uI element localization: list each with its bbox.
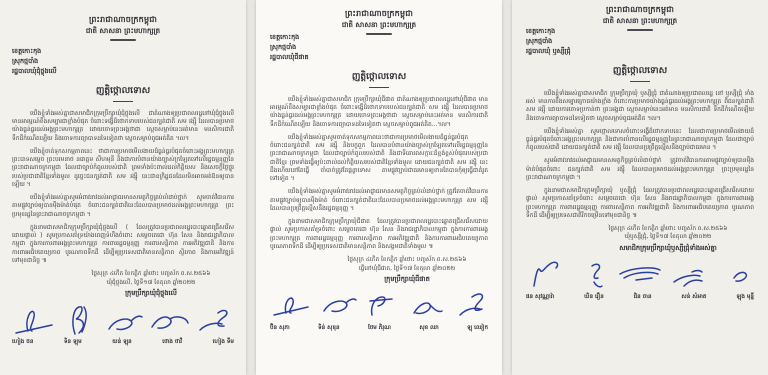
- address-district: ស្រុកថ្មបាំង: [270, 43, 488, 53]
- address-commune: រដ្ឋបាលឃុំជុំថ្លុងលើ: [12, 67, 234, 77]
- signature-scribble-icon: [12, 303, 56, 337]
- document-title: ញត្តិថ្កោលទោស: [12, 85, 234, 98]
- kingdom-motto-line1: ព្រះរាជាណាចក្រកម្ពុជា: [526, 4, 754, 16]
- petition-body: យើងខ្ញុំទាំងអស់គ្នាជាសមាជិក ក្រុមប្រឹក្ស…: [526, 90, 754, 221]
- header-divider: [110, 39, 136, 41]
- petition-body: យើងខ្ញុំទាំងអស់គ្នាជាសមាជិក ក្រុមប្រឹក្ស…: [270, 96, 488, 252]
- kingdom-motto-line1: ព្រះរាជាណាចក្រកម្ពុជា: [12, 14, 234, 26]
- petition-page-2[interactable]: ព្រះរាជាណាចក្រកម្ពុជា ជាតិ សាសនា ព្រះមហា…: [256, 0, 502, 375]
- paragraph: សូមអំពាវនាវដល់អាជ្ញាធរមានសមត្ថកិច្ចគ្រប់…: [526, 157, 754, 182]
- signature-scribble-icon: [314, 289, 358, 323]
- signature-scribble-icon: [446, 289, 490, 323]
- signature-row: [270, 287, 488, 323]
- signatory-name: ជិន ចាន: [634, 293, 652, 301]
- signatory-name: ផន សុវណ្ណារ៉ា: [526, 293, 554, 301]
- paragraph: យើងខ្ញុំទាំងអស់គ្នាជាសមាជិក ក្រុមប្រឹក្ស…: [270, 96, 488, 130]
- signatory-name: ថោង ថាវី: [162, 338, 182, 346]
- lunar-date-line: ថ្ងៃសុក្រ ៤កើត ខែកត្តិក ឆ្នាំថោះ បញ្ចស័ក…: [68, 270, 234, 279]
- document-viewer: ព្រះរាជាណាចក្រកម្ពុជា ជាតិ សាសនា ព្រះមហា…: [0, 0, 768, 375]
- sender-address-block: ខេត្តកោះកុង ស្រុកថ្មបាំង រដ្ឋបាលឃុំជីផាត: [270, 33, 488, 63]
- address-commune: រដ្ឋបាលឃុំជីផាត: [270, 53, 488, 63]
- signature-scribble-icon: [101, 303, 145, 337]
- signature-scribble-icon: [402, 289, 446, 323]
- signature-scribble-icon: [618, 258, 662, 292]
- paragraph: យើងខ្ញុំទាំងអស់គ្នាសូមអំពាវនាវដល់អាជ្ញាធ…: [270, 188, 488, 213]
- signature-scribble-icon: [358, 289, 402, 323]
- date-block: ថ្ងៃសុក្រ ៤កើត ខែកត្តិក ឆ្នាំថោះ បញ្ចស័ក…: [12, 270, 234, 287]
- paragraph: ក្នុងនាមជាសមាជិកក្រុមប្រឹក្សាឃុំ ឫស្សីជ្…: [526, 187, 754, 221]
- kingdom-header: ព្រះរាជាណាចក្រកម្ពុជា ជាតិ សាសនា ព្រះមហា…: [270, 8, 488, 35]
- signatory-name: សន់ សំអាត: [681, 293, 706, 301]
- lunar-date-line: ថ្ងៃសុក្រ ៤កើត ខែកត្តិក ឆ្នាំថោះ បញ្ចស័ក…: [326, 256, 488, 265]
- title-divider: [630, 81, 650, 82]
- sender-address-block: ខេត្តកោះកុង ស្រុកថ្មបាំង រដ្ឋបាលឃុំជុំថ្…: [12, 47, 234, 77]
- signatory-name: ទិន ឡុម: [64, 338, 82, 346]
- signatory-name: ប៊ិន សុភា: [270, 324, 290, 332]
- signatory-name: ថែម ភិរុណ: [368, 324, 391, 332]
- signatory-name: យន់ ឡុន: [112, 338, 131, 346]
- sender-address-block: ខេត្តកោះកុង ស្រុកថ្មបាំង រដ្ឋបាលឃុំ ឫស្ស…: [526, 27, 754, 57]
- signature-scribble-icon: [572, 258, 616, 292]
- signatory-name: ឡុង មុន្នី: [736, 293, 754, 301]
- signatory-name: សុខ ឈា: [419, 324, 438, 332]
- title-divider: [113, 101, 133, 102]
- civil-date-line: ឃុំឫស្សីជ្រុំ, ថ្ងៃទី១៧ ខែតុលា ឆ្នាំ២០២២: [582, 233, 754, 242]
- address-province: ខេត្តកោះកុង: [12, 47, 234, 57]
- civil-date-line: ឃុំជុំថ្លុងលើ, ថ្ងៃទី១៧ ខែតុលា ឆ្នាំ២០២២: [68, 279, 234, 288]
- signing-body-title: ក្រុមប្រឹក្សាឃុំជុំថ្លុងលើ: [12, 289, 234, 299]
- date-block: ថ្ងៃសុក្រ ៤កើត ខែកត្តិក ឆ្នាំថោះ បញ្ចស័ក…: [270, 256, 488, 273]
- signatory-names: ហៀង ថន ទិន ឡុម យន់ ឡុន ថោង ថាវី ហៀង ទីម: [12, 338, 234, 346]
- address-province: ខេត្តកោះកុង: [270, 33, 488, 43]
- signature-scribble-icon: [526, 258, 570, 292]
- paragraph: យើងខ្ញុំទាំងអស់គ្នា សូមថ្កោលទោសចំពោះទង្វ…: [526, 128, 754, 153]
- kingdom-motto-line1: ព្រះរាជាណាចក្រកម្ពុជា: [270, 8, 488, 20]
- signatory-name: ហៀង ថន: [12, 338, 33, 346]
- signature-scribble-icon: [270, 289, 314, 323]
- petition-body: យើងខ្ញុំទាំងអស់គ្នាជាសមាជិកក្រុមប្រឹក្សា…: [12, 110, 234, 266]
- kingdom-motto-line2: ជាតិ សាសនា ព្រះមហាក្សត្រ: [526, 16, 754, 26]
- paragraph: យើងខ្ញុំទាំងអស់គ្នាជាសមាជិក ក្រុមប្រឹក្ស…: [526, 90, 754, 124]
- address-district: ស្រុកថ្មបាំង: [12, 57, 234, 67]
- date-block: ថ្ងៃសុក្រ ៤កើត ខែកត្តិក ឆ្នាំថោះ បញ្ចស័ក…: [526, 225, 754, 242]
- kingdom-header: ព្រះរាជាណាចក្រកម្ពុជា ជាតិ សាសនា ព្រះមហា…: [12, 14, 234, 41]
- signatory-names: ប៊ិន សុភា ទិន់ សុខុន ថែម ភិរុណ សុខ ឈា ឡុ…: [270, 324, 488, 332]
- signatory-name: ហៀង ទីម: [213, 338, 234, 346]
- signature-scribble-icon: [710, 258, 754, 292]
- signing-body-title: ក្រុមប្រឹក្សាឃុំជីផាត: [270, 275, 488, 285]
- paragraph: យើងខ្ញុំចាត់ទុកសកម្មភាពនេះ ថាជាការប្រមាថ…: [12, 148, 234, 190]
- address-commune: រដ្ឋបាលឃុំ ឫស្សីជ្រុំ: [526, 47, 754, 57]
- signature-scribble-icon: [146, 303, 190, 337]
- signature-scribble-icon: [190, 303, 234, 337]
- paragraph: យើងខ្ញុំទាំងអស់គ្នាសូមអំពាវនាវដល់អាជ្ញាធ…: [12, 194, 234, 219]
- signature-row: [526, 256, 754, 292]
- signing-body-title: សមាជិកក្រុមប្រឹក្សាឃុំឫស្សីជ្រុំទាំងអស់គ…: [526, 244, 754, 254]
- petition-page-3[interactable]: ព្រះរាជាណាចក្រកម្ពុជា ជាតិ សាសនា ព្រះមហា…: [512, 0, 768, 375]
- signature-scribble-icon: [57, 303, 101, 337]
- paragraph: យើងខ្ញុំទាំងអស់គ្នាសូមចាត់ទុកសកម្មភាពនេះ…: [270, 134, 488, 184]
- signatory-name: ឡុ ឈៀក: [467, 324, 488, 332]
- lunar-date-line: ថ្ងៃសុក្រ ៤កើត ខែកត្តិក ឆ្នាំថោះ បញ្ចស័ក…: [582, 225, 754, 234]
- title-divider: [369, 87, 389, 88]
- signature-row: [12, 301, 234, 337]
- civil-date-line: ធ្វើនៅឃុំជីផាត, ថ្ងៃទី១៧ ខែតុលា ឆ្នាំ២០២…: [326, 265, 488, 274]
- signatory-name: ទិន់ សុខុន: [318, 324, 339, 332]
- document-title: ញត្តិថ្កោលទោស: [270, 71, 488, 84]
- paragraph: យើងខ្ញុំទាំងអស់គ្នាជាសមាជិកក្រុមប្រឹក្សា…: [12, 110, 234, 144]
- signature-scribble-icon: [664, 258, 708, 292]
- kingdom-motto-line2: ជាតិ សាសនា ព្រះមហាក្សត្រ: [270, 20, 488, 30]
- signatory-name: ឃិន រឿន: [584, 293, 604, 301]
- address-province: ខេត្តកោះកុង: [526, 27, 754, 37]
- paragraph: ក្នុងនាមជាសមាជិកក្រុមប្រឹក្សាឃុំជីផាត ដែ…: [270, 218, 488, 252]
- address-district: ស្រុកថ្មបាំង: [526, 37, 754, 47]
- kingdom-motto-line2: ជាតិ សាសនា ព្រះមហាក្សត្រ: [12, 26, 234, 36]
- petition-page-1[interactable]: ព្រះរាជាណាចក្រកម្ពុជា ជាតិ សាសនា ព្រះមហា…: [0, 0, 246, 375]
- document-title: ញត្តិថ្កោលទោស: [526, 65, 754, 78]
- signatory-names: ផន សុវណ្ណារ៉ា ឃិន រឿន ជិន ចាន សន់ សំអាត …: [526, 293, 754, 301]
- paragraph: ក្នុងនាមជាសមាជិកក្រុមប្រឹក្សាឃុំជុំថ្លុង…: [12, 224, 234, 266]
